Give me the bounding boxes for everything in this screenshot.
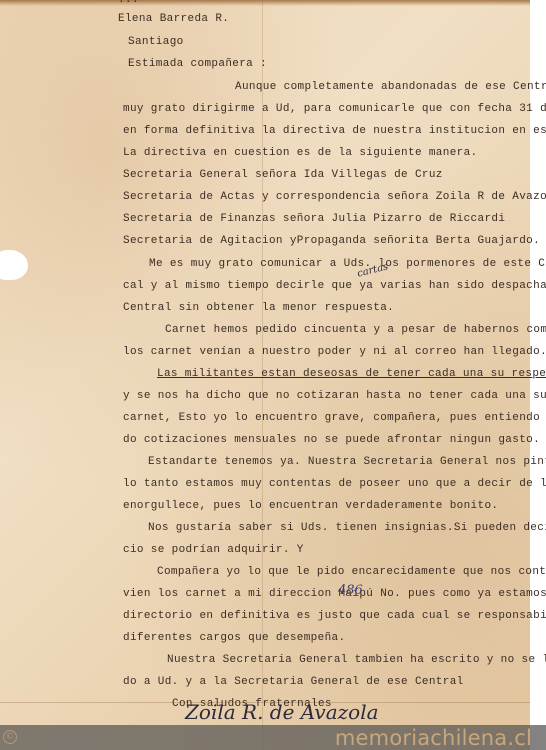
body-line: carnet, Esto yo lo encuentro grave, comp… bbox=[123, 412, 546, 424]
body-line: Aunque completamente abandonadas de ese … bbox=[235, 81, 546, 93]
body-line: cal y al mismo tiempo decirle que ya var… bbox=[123, 280, 546, 292]
copyright-icon: © bbox=[3, 730, 17, 744]
directive-line: Secretaria General señora Ida Villegas d… bbox=[123, 169, 443, 181]
body-line: enorgullece, pues lo encuentran verdader… bbox=[123, 500, 498, 512]
body-line: directorio en definitiva es justo que ca… bbox=[123, 610, 546, 622]
body-line: Nuestra Secretaria General tambien ha es… bbox=[167, 654, 546, 666]
body-line: los carnet venían a nuestro poder y ni a… bbox=[123, 346, 546, 358]
body-line: Compañera yo lo que le pido encarecidame… bbox=[157, 566, 546, 578]
watermark-logo: memoriachilena.cl bbox=[335, 726, 532, 750]
body-line: do a Ud. y a la Secretaria General de es… bbox=[123, 676, 464, 688]
body-line: Estandarte tenemos ya. Nuestra Secretari… bbox=[148, 456, 546, 468]
recipient-city: Santiago bbox=[128, 36, 184, 48]
body-line: Me es muy grato comunicar a Uds. los por… bbox=[149, 258, 546, 270]
body-line: lo tanto estamos muy contentas de poseer… bbox=[123, 478, 546, 490]
body-line: Las militantes estan deseosas de tener c… bbox=[157, 368, 546, 380]
body-line: en forma definitiva la directiva de nues… bbox=[123, 125, 546, 137]
body-line: y se nos ha dicho que no cotizaran hasta… bbox=[123, 390, 546, 402]
cut-header-text: ... bbox=[118, 0, 139, 6]
body-line: La directiva en cuestion es de la siguie… bbox=[123, 147, 478, 159]
directive-line: Secretaria de Finanzas señora Julia Piza… bbox=[123, 213, 505, 225]
body-line: Carnet hemos pedido cincuenta y a pesar … bbox=[165, 324, 546, 336]
paper-top-edge bbox=[0, 0, 530, 6]
body-line: Nos gustaría saber si Uds. tienen insign… bbox=[148, 522, 546, 534]
body-line: diferentes cargos que desempeña. bbox=[123, 632, 345, 644]
body-line: do cotizaciones mensuales no se puede af… bbox=[123, 434, 540, 446]
directive-line: Secretaria de Actas y correspondencia se… bbox=[123, 191, 546, 203]
salutation: Estimada compañera : bbox=[128, 58, 267, 70]
signature: Zoila R. de Avazola bbox=[185, 700, 379, 724]
body-line: cio se podrían adquirir. Y bbox=[123, 544, 304, 556]
handwritten-address-number: 486 bbox=[338, 583, 363, 598]
body-line: Central sin obtener la menor respuesta. bbox=[123, 302, 394, 314]
body-line: vien los carnet a mi direccion Maipú No.… bbox=[123, 588, 546, 600]
recipient-name: Elena Barreda R. bbox=[118, 13, 229, 25]
directive-line: Secretaria de Agitacion yPropaganda seño… bbox=[123, 235, 540, 247]
body-line: muy grato dirigirme a Ud, para comunicar… bbox=[123, 103, 546, 115]
